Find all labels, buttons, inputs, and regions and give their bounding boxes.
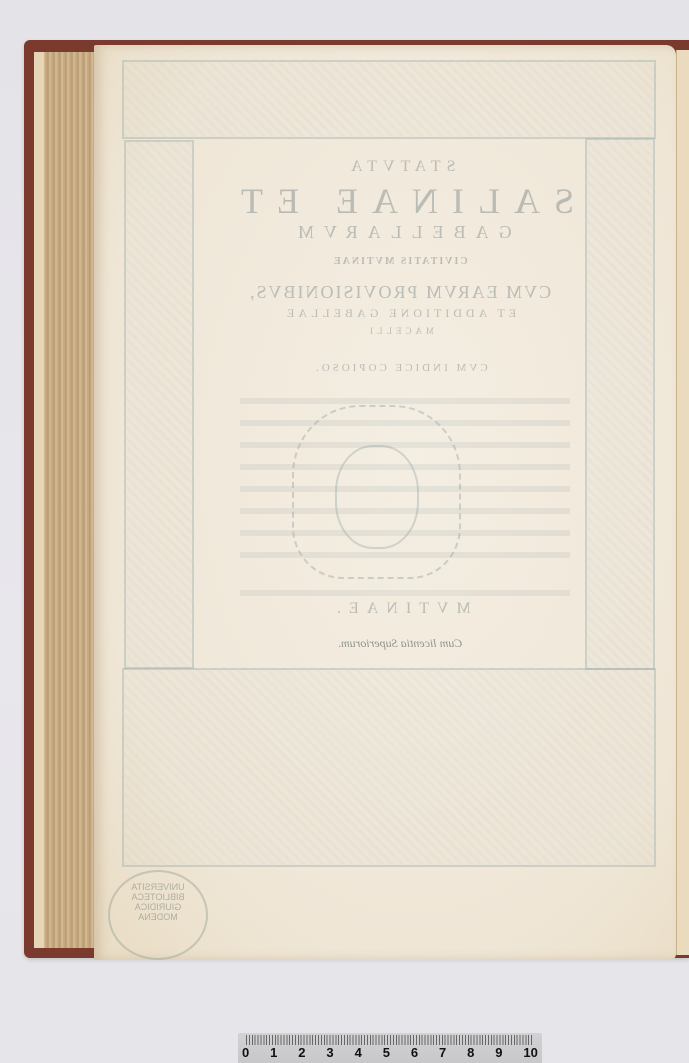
crest-shield [335, 445, 419, 549]
scale-ruler: 0 1 2 3 4 5 6 7 8 9 10 [238, 1033, 542, 1063]
ruler-label: 8 [467, 1045, 474, 1060]
ghost-text [240, 590, 570, 596]
page-edges [34, 52, 96, 948]
title-line-2: SALINAE ET [200, 180, 600, 222]
ruler-label: 9 [495, 1045, 502, 1060]
woodcut-bottom-panel [122, 668, 656, 867]
title-line-1: STATVTA [200, 158, 600, 176]
ruler-label: 3 [326, 1045, 333, 1060]
ruler-label: 1 [270, 1045, 277, 1060]
ruler-label: 4 [355, 1045, 362, 1060]
imprint-license: Cum licentia Superiorum. [200, 636, 600, 651]
title-line-4: CIVITATIS MVTINAE [200, 256, 600, 267]
ruler-label: 6 [411, 1045, 418, 1060]
ruler-label: 2 [298, 1045, 305, 1060]
title-line-7: MACELLI [200, 326, 600, 336]
ruler-ticks [246, 1035, 534, 1045]
title-line-8: CVM INDICE COPIOSO. [200, 362, 600, 374]
ruler-label: 10 [523, 1045, 537, 1060]
title-line-6: ET ADDITIONE GABELLAE [200, 306, 600, 321]
woodcut-border-top [122, 60, 656, 139]
title-line-3: GABELLARVM [200, 222, 600, 243]
ruler-label: 5 [383, 1045, 390, 1060]
imprint-place: MVTINAE. [200, 600, 600, 618]
woodcut-border-left [124, 140, 194, 669]
ruler-label: 0 [242, 1045, 249, 1060]
title-line-5: CVM EARVM PROVISIONIBVS, [200, 282, 600, 303]
ghost-text [240, 398, 570, 404]
facing-page-edge [676, 50, 689, 955]
library-stamp: UNIVERSITA BIBLIOTECA GIURIDICA MODENA [108, 870, 208, 960]
ruler-label: 7 [439, 1045, 446, 1060]
